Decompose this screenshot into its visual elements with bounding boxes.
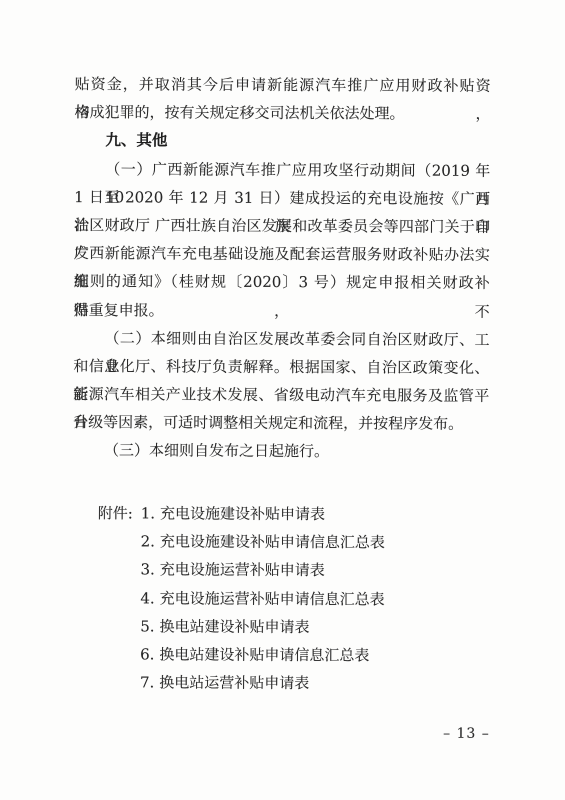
body-line: （二）本细则由自治区发展改革委会同自治区财政厅、工业: [73, 324, 489, 354]
attachment-number: 4.: [140, 589, 154, 607]
attachment-row: 2.充电设施建设补贴申请信息汇总表: [98, 527, 385, 556]
body-line: 广西新能源汽车充电基础设施及配套运营服务财政补贴办法实施: [74, 239, 490, 269]
body-line: 和信息化厅、科技厅负责解释。根据国家、自治区政策变化、新: [73, 352, 489, 382]
body-line: （一）广西新能源汽车推广应用攻坚行动期间（2019 年 10 月: [74, 155, 490, 185]
attachment-number: 5.: [140, 617, 154, 635]
document-page: 贴资金，并取消其今后申请新能源汽车推广应用财政补贴资格，构成犯罪的，按有关规定移…: [0, 0, 565, 800]
attachment-title: 充电设施建设补贴申请信息汇总表: [160, 533, 385, 552]
attachment-row: 3.充电设施运营补贴申请表: [97, 556, 384, 585]
body-line: 细则的通知》（桂财规〔2020〕3 号）规定申报相关财政补贴，不: [74, 267, 490, 297]
page-content: 贴资金，并取消其今后申请新能源汽车推广应用财政补贴资格，构成犯罪的，按有关规定移…: [0, 0, 565, 800]
attachments-block: 附件:1.充电设施建设补贴申请表2.充电设施建设补贴申请信息汇总表3.充电设施运…: [97, 499, 385, 698]
body-line: 1 日至 2020 年 12 月 31 日）建成投运的充电设施按《广西壮族自: [74, 183, 490, 213]
body-line: 治区财政厅 广西壮族自治区发展和改革委员会等四部门关于印发: [74, 211, 490, 241]
attachment-row: 7.换电站运营补贴申请表: [97, 668, 384, 697]
attachment-title: 换电站建设补贴申请信息汇总表: [159, 645, 369, 664]
attachment-title: 充电设施运营补贴申请表: [160, 561, 325, 580]
attachment-number: 6.: [140, 645, 154, 663]
attachment-row: 6.换电站建设补贴申请信息汇总表: [97, 640, 384, 669]
body-text-block: 贴资金，并取消其今后申请新能源汽车推广应用财政补贴资格，构成犯罪的，按有关规定移…: [73, 70, 491, 466]
body-line: 贴资金，并取消其今后申请新能源汽车推广应用财政补贴资格，: [75, 70, 491, 100]
body-line: （三）本细则自发布之日起施行。: [73, 437, 489, 467]
attachment-title: 充电设施运营补贴申请信息汇总表: [160, 589, 385, 608]
attachment-row: 4.充电设施运营补贴申请信息汇总表: [97, 584, 384, 613]
attachment-title: 充电设施建设补贴申请表: [160, 504, 325, 523]
attachment-title: 换电站建设补贴申请表: [160, 617, 310, 636]
body-line: 升级等因素，可适时调整相关规定和流程，并按程序发布。: [73, 408, 489, 438]
attachment-number: 7.: [140, 674, 154, 692]
section-heading: 九、其他: [74, 126, 490, 156]
attachment-number: 3.: [140, 561, 154, 579]
attachment-row: 附件:1.充电设施建设补贴申请表: [98, 499, 385, 528]
page-number: – 13 –: [443, 726, 490, 742]
attachment-number: 2.: [141, 533, 155, 551]
body-line: 能源汽车相关产业技术发展、省级电动汽车充电服务及监管平台: [73, 380, 489, 410]
attachment-number: 1.: [141, 504, 155, 522]
attachments-label: 附件:: [98, 499, 141, 527]
attachment-row: 5.换电站建设补贴申请表: [97, 612, 384, 641]
attachment-title: 换电站运营补贴申请表: [159, 674, 309, 693]
